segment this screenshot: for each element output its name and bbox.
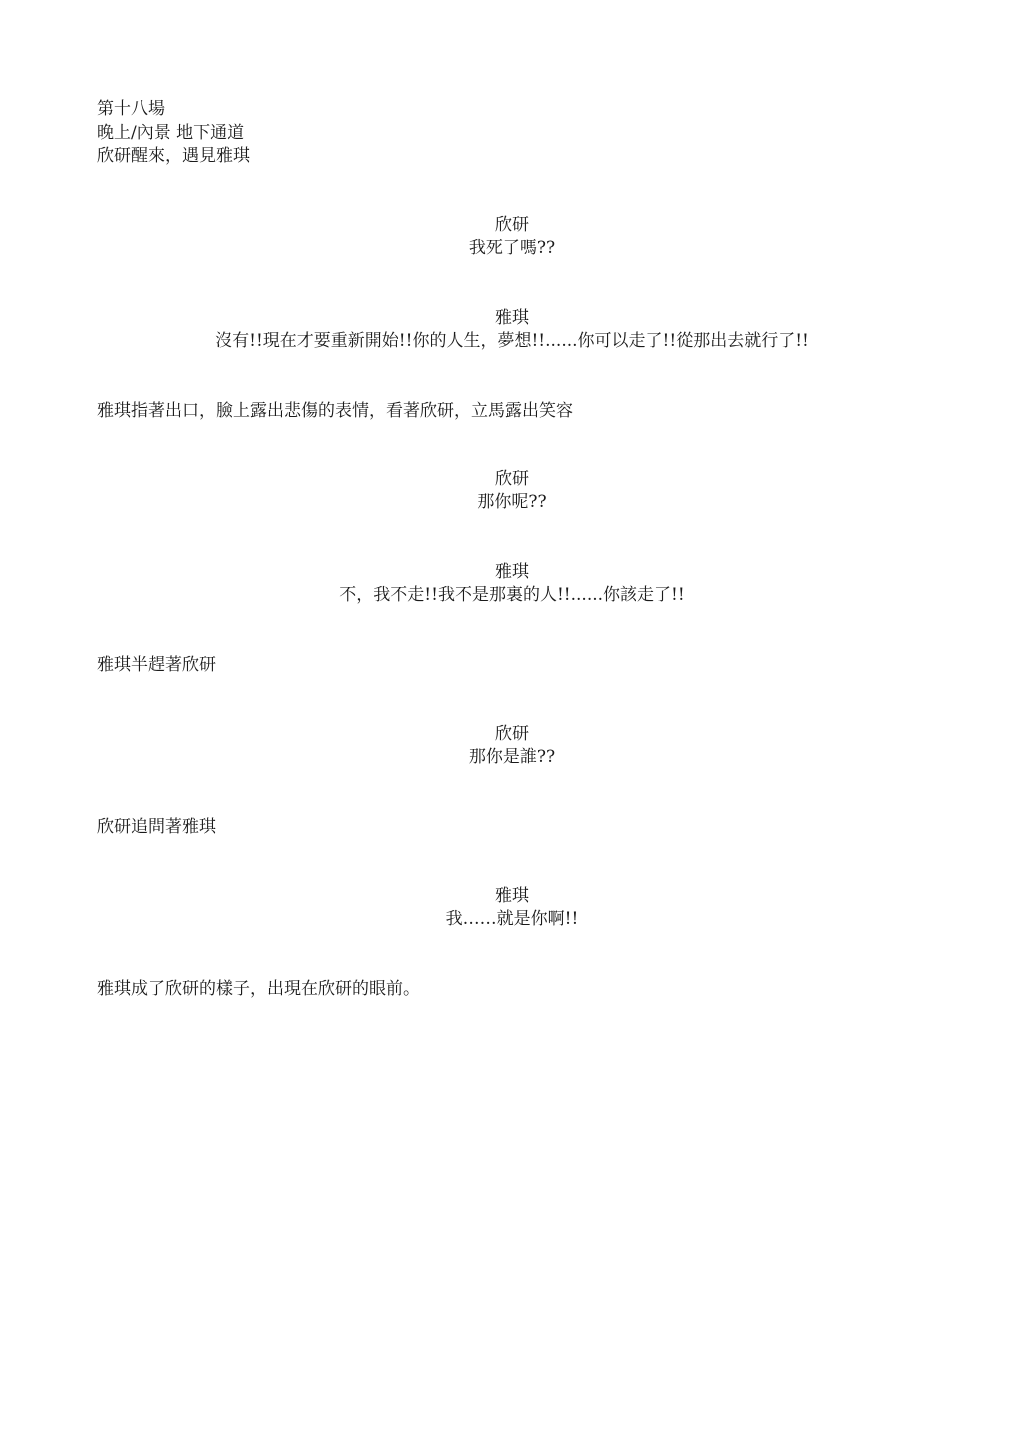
dialogue-character: 欣研	[0, 214, 1024, 236]
action-line: 雅琪指著出口，臉上露出悲傷的表情，看著欣研，立馬露出笑容	[97, 400, 573, 422]
dialogue-character: 欣研	[0, 468, 1024, 490]
dialogue-line: 那你是誰??	[0, 746, 1024, 768]
dialogue-line: 那你呢??	[0, 491, 1024, 513]
dialogue-character: 雅琪	[0, 561, 1024, 583]
dialogue-line: 我死了嗎??	[0, 237, 1024, 259]
dialogue-character: 欣研	[0, 723, 1024, 745]
dialogue-character: 雅琪	[0, 307, 1024, 329]
scene-number: 第十八場	[97, 98, 165, 120]
dialogue-line: 我……就是你啊!!	[0, 908, 1024, 930]
dialogue-line: 不，我不走!!我不是那裏的人!!......你該走了!!	[0, 584, 1024, 606]
script-page: 第十八場 晚上/內景 地下通道 欣研醒來，遇見雅琪 欣研 我死了嗎?? 雅琪 沒…	[0, 0, 1024, 1448]
dialogue-line: 沒有!!現在才要重新開始!!你的人生，夢想!!......你可以走了!!從那出去…	[0, 330, 1024, 352]
action-line: 雅琪半趕著欣研	[97, 654, 216, 676]
scene-setting: 晚上/內景 地下通道	[97, 122, 244, 144]
scene-summary: 欣研醒來，遇見雅琪	[97, 145, 250, 167]
action-line: 雅琪成了欣研的樣子，出現在欣研的眼前。	[97, 978, 420, 1000]
dialogue-character: 雅琪	[0, 885, 1024, 907]
action-line: 欣研追問著雅琪	[97, 816, 216, 838]
